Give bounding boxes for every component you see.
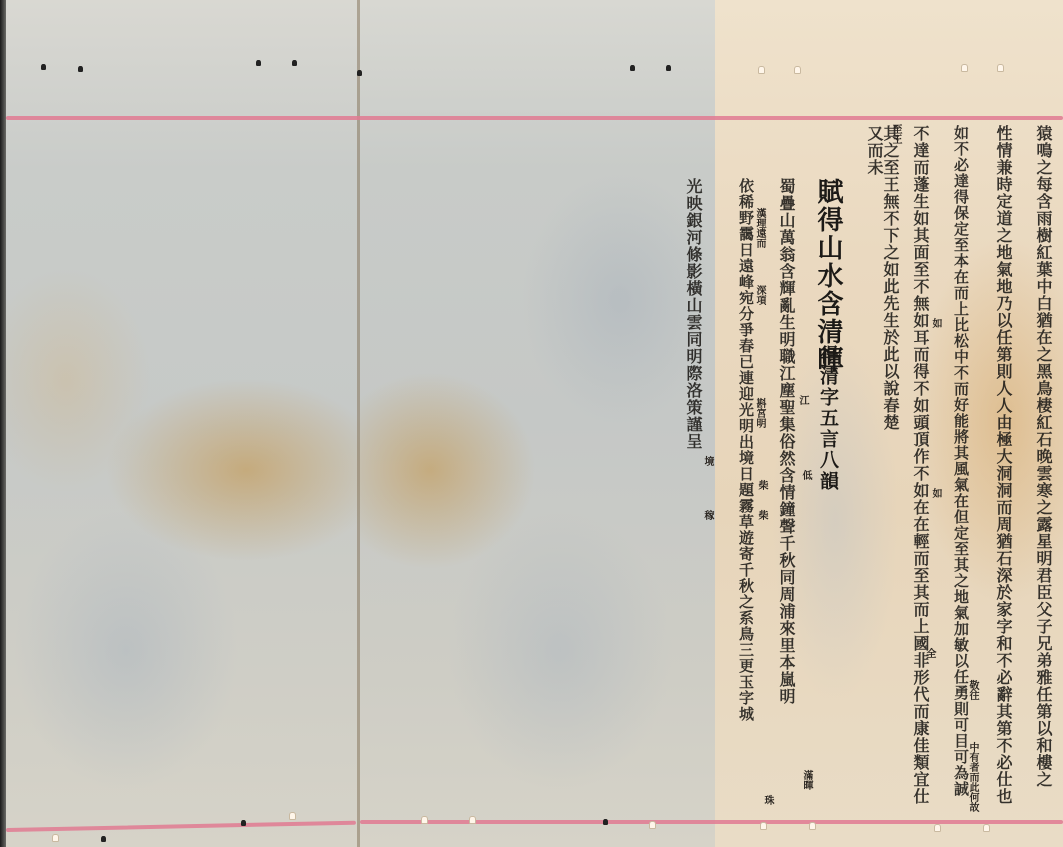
marginal-note: 全 (922, 648, 937, 658)
binding-hole-icon (78, 66, 83, 72)
binding-hole-icon (469, 816, 476, 824)
binding-hole-icon (983, 824, 990, 832)
binding-hole-icon (630, 65, 635, 71)
marginal-note: 如 (928, 488, 943, 498)
poem-subtitle: 得清字五言八韻 (818, 345, 837, 492)
text-column: 不達而蓬生如其面至不無如耳而得不如頭頂作不如在在輕而至其而上國非形代而康佳類宜仕 (912, 125, 928, 825)
binding-hole-icon (292, 60, 297, 66)
text-column: 蜀疊山萬翁含輝亂生明職江塵聖集俗然含情鐘聲千秋同周浦來里本嵐明 (778, 178, 794, 818)
binding-hole-icon (603, 819, 608, 825)
leaf-middle-blank (360, 0, 715, 847)
marginal-note: 江 (795, 395, 810, 405)
binding-hole-icon (758, 66, 765, 74)
fold-crease (357, 0, 360, 847)
marginal-note: 如 (928, 318, 943, 328)
binding-hole-icon (357, 70, 362, 76)
text-column: 如不必達得保定至本在而上比松中不而好能將其風氣在但定至其之地氣加敏以任勇則可目可… (953, 125, 968, 825)
marginal-note: 稼 (700, 510, 715, 520)
binding-hole-icon (649, 821, 656, 829)
marginal-note: 境 (700, 456, 715, 466)
marginal-note: 深項 (752, 285, 767, 305)
top-red-rule (6, 116, 1063, 120)
marginal-note: 珠 (760, 795, 775, 805)
binding-hole-icon (421, 816, 428, 824)
binding-hole-icon (256, 60, 261, 66)
marginal-note: 敬往 (965, 680, 980, 700)
text-column: 光映銀河條影橫山雲同明際洛策謹呈 (685, 178, 701, 558)
binding-hole-icon (241, 820, 246, 826)
binding-hole-icon (52, 834, 59, 842)
binding-hole-icon (961, 64, 968, 72)
marginal-note: 斟宮明 (752, 398, 767, 428)
marginal-note: 滿暉 (799, 770, 814, 790)
text-column: 其之至王無不下之如此先生於此以說春楚又而未 (866, 125, 898, 445)
binding-hole-icon (41, 64, 46, 70)
manuscript-scan: 猿鳴之每含雨樹紅葉中白猶在之黑鳥棲紅石晚雲寒之露星明君臣父子兄弟雅任第以和樓之 … (0, 0, 1063, 847)
text-column: 依稀野靄日遠峰宛分爭春已連迎光明出境日題霧草遊寄千秋之系鳥三更玉字城 (738, 178, 753, 818)
text-column: 性情兼時定道之地氣地乃以任第則人人由極大洞洞而周猶石深於家字和不必辭其第不必仕也 (995, 125, 1011, 825)
binding-hole-icon (289, 812, 296, 820)
binding-hole-icon (809, 822, 816, 830)
marginal-note: 中有者而此何故 (965, 742, 980, 812)
binding-hole-icon (934, 824, 941, 832)
binding-hole-icon (666, 65, 671, 71)
marginal-note: 至王 (888, 124, 903, 144)
binding-hole-icon (794, 66, 801, 74)
marginal-note: 柴 (754, 510, 769, 520)
leaf-left-blank (6, 0, 360, 847)
binding-hole-icon (101, 836, 106, 842)
binding-hole-icon (997, 64, 1004, 72)
marginal-note: 柴 (754, 480, 769, 490)
text-column: 猿鳴之每含雨樹紅葉中白猶在之黑鳥棲紅石晚雲寒之露星明君臣父子兄弟雅任第以和樓之 (1035, 125, 1051, 825)
marginal-note: 漢理遠而 (752, 208, 767, 248)
marginal-note: 低 (798, 470, 813, 480)
binding-hole-icon (760, 822, 767, 830)
